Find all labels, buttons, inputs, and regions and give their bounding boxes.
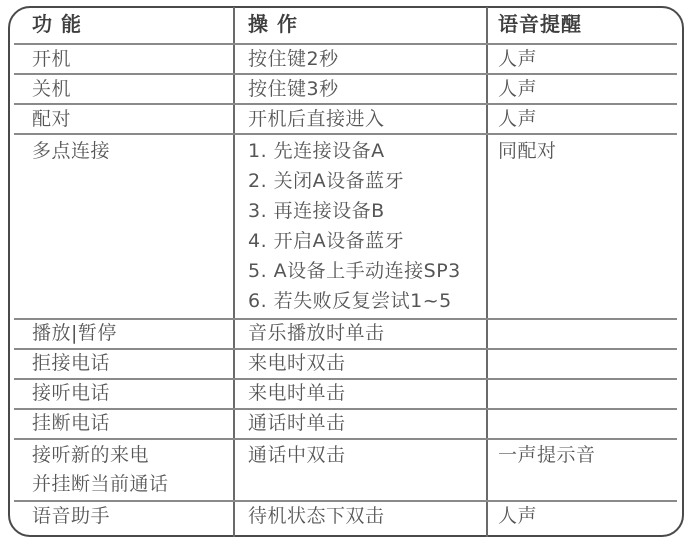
cell-operation-step: 4. 开启A设备蓝牙 bbox=[248, 226, 404, 256]
cell-operation: 按住键2秒 bbox=[248, 44, 339, 74]
cell-function: 开机 bbox=[32, 44, 71, 74]
cell-voice: 同配对 bbox=[498, 136, 557, 166]
cell-voice: 人声 bbox=[498, 104, 537, 134]
cell-operation: 音乐播放时单击 bbox=[248, 318, 385, 348]
cell-function-line: 并挂断当前通话 bbox=[32, 469, 169, 499]
cell-operation: 来电时单击 bbox=[248, 378, 346, 408]
cell-function: 多点连接 bbox=[32, 136, 110, 166]
cell-function: 接听电话 bbox=[32, 378, 110, 408]
cell-voice: 人声 bbox=[498, 74, 537, 104]
cell-operation: 来电时双击 bbox=[248, 348, 346, 378]
cell-operation-step: 2. 关闭A设备蓝牙 bbox=[248, 166, 404, 196]
row-divider bbox=[14, 73, 677, 75]
cell-function: 语音助手 bbox=[32, 501, 110, 531]
cell-operation-step: 1. 先连接设备A bbox=[248, 136, 385, 166]
cell-voice: 人声 bbox=[498, 44, 537, 74]
cell-voice: 一声提示音 bbox=[498, 440, 596, 470]
header-operation: 操 作 bbox=[248, 6, 298, 42]
cell-function: 挂断电话 bbox=[32, 408, 110, 438]
cell-function: 播放|暂停 bbox=[32, 318, 117, 348]
header-divider bbox=[14, 43, 677, 45]
cell-function-line: 接听新的来电 bbox=[32, 440, 149, 470]
cell-operation: 通话中双击 bbox=[248, 440, 346, 470]
column-divider-1 bbox=[233, 7, 235, 537]
header-function: 功 能 bbox=[32, 6, 82, 42]
cell-operation: 按住键3秒 bbox=[248, 74, 339, 104]
cell-operation-step: 6. 若失败反复尝试1~5 bbox=[248, 286, 452, 316]
cell-voice: 人声 bbox=[498, 501, 537, 531]
cell-operation-step: 5. A设备上手动连接SP3 bbox=[248, 256, 461, 286]
cell-operation: 待机状态下双击 bbox=[248, 501, 385, 531]
cell-operation: 开机后直接进入 bbox=[248, 104, 385, 134]
cell-function: 配对 bbox=[32, 104, 71, 134]
cell-function: 拒接电话 bbox=[32, 348, 110, 378]
cell-function: 关机 bbox=[32, 74, 71, 104]
cell-operation: 通话时单击 bbox=[248, 408, 346, 438]
header-voice-prompt: 语音提醒 bbox=[498, 6, 582, 42]
cell-operation-step: 3. 再连接设备B bbox=[248, 196, 385, 226]
column-divider-2 bbox=[486, 7, 488, 537]
